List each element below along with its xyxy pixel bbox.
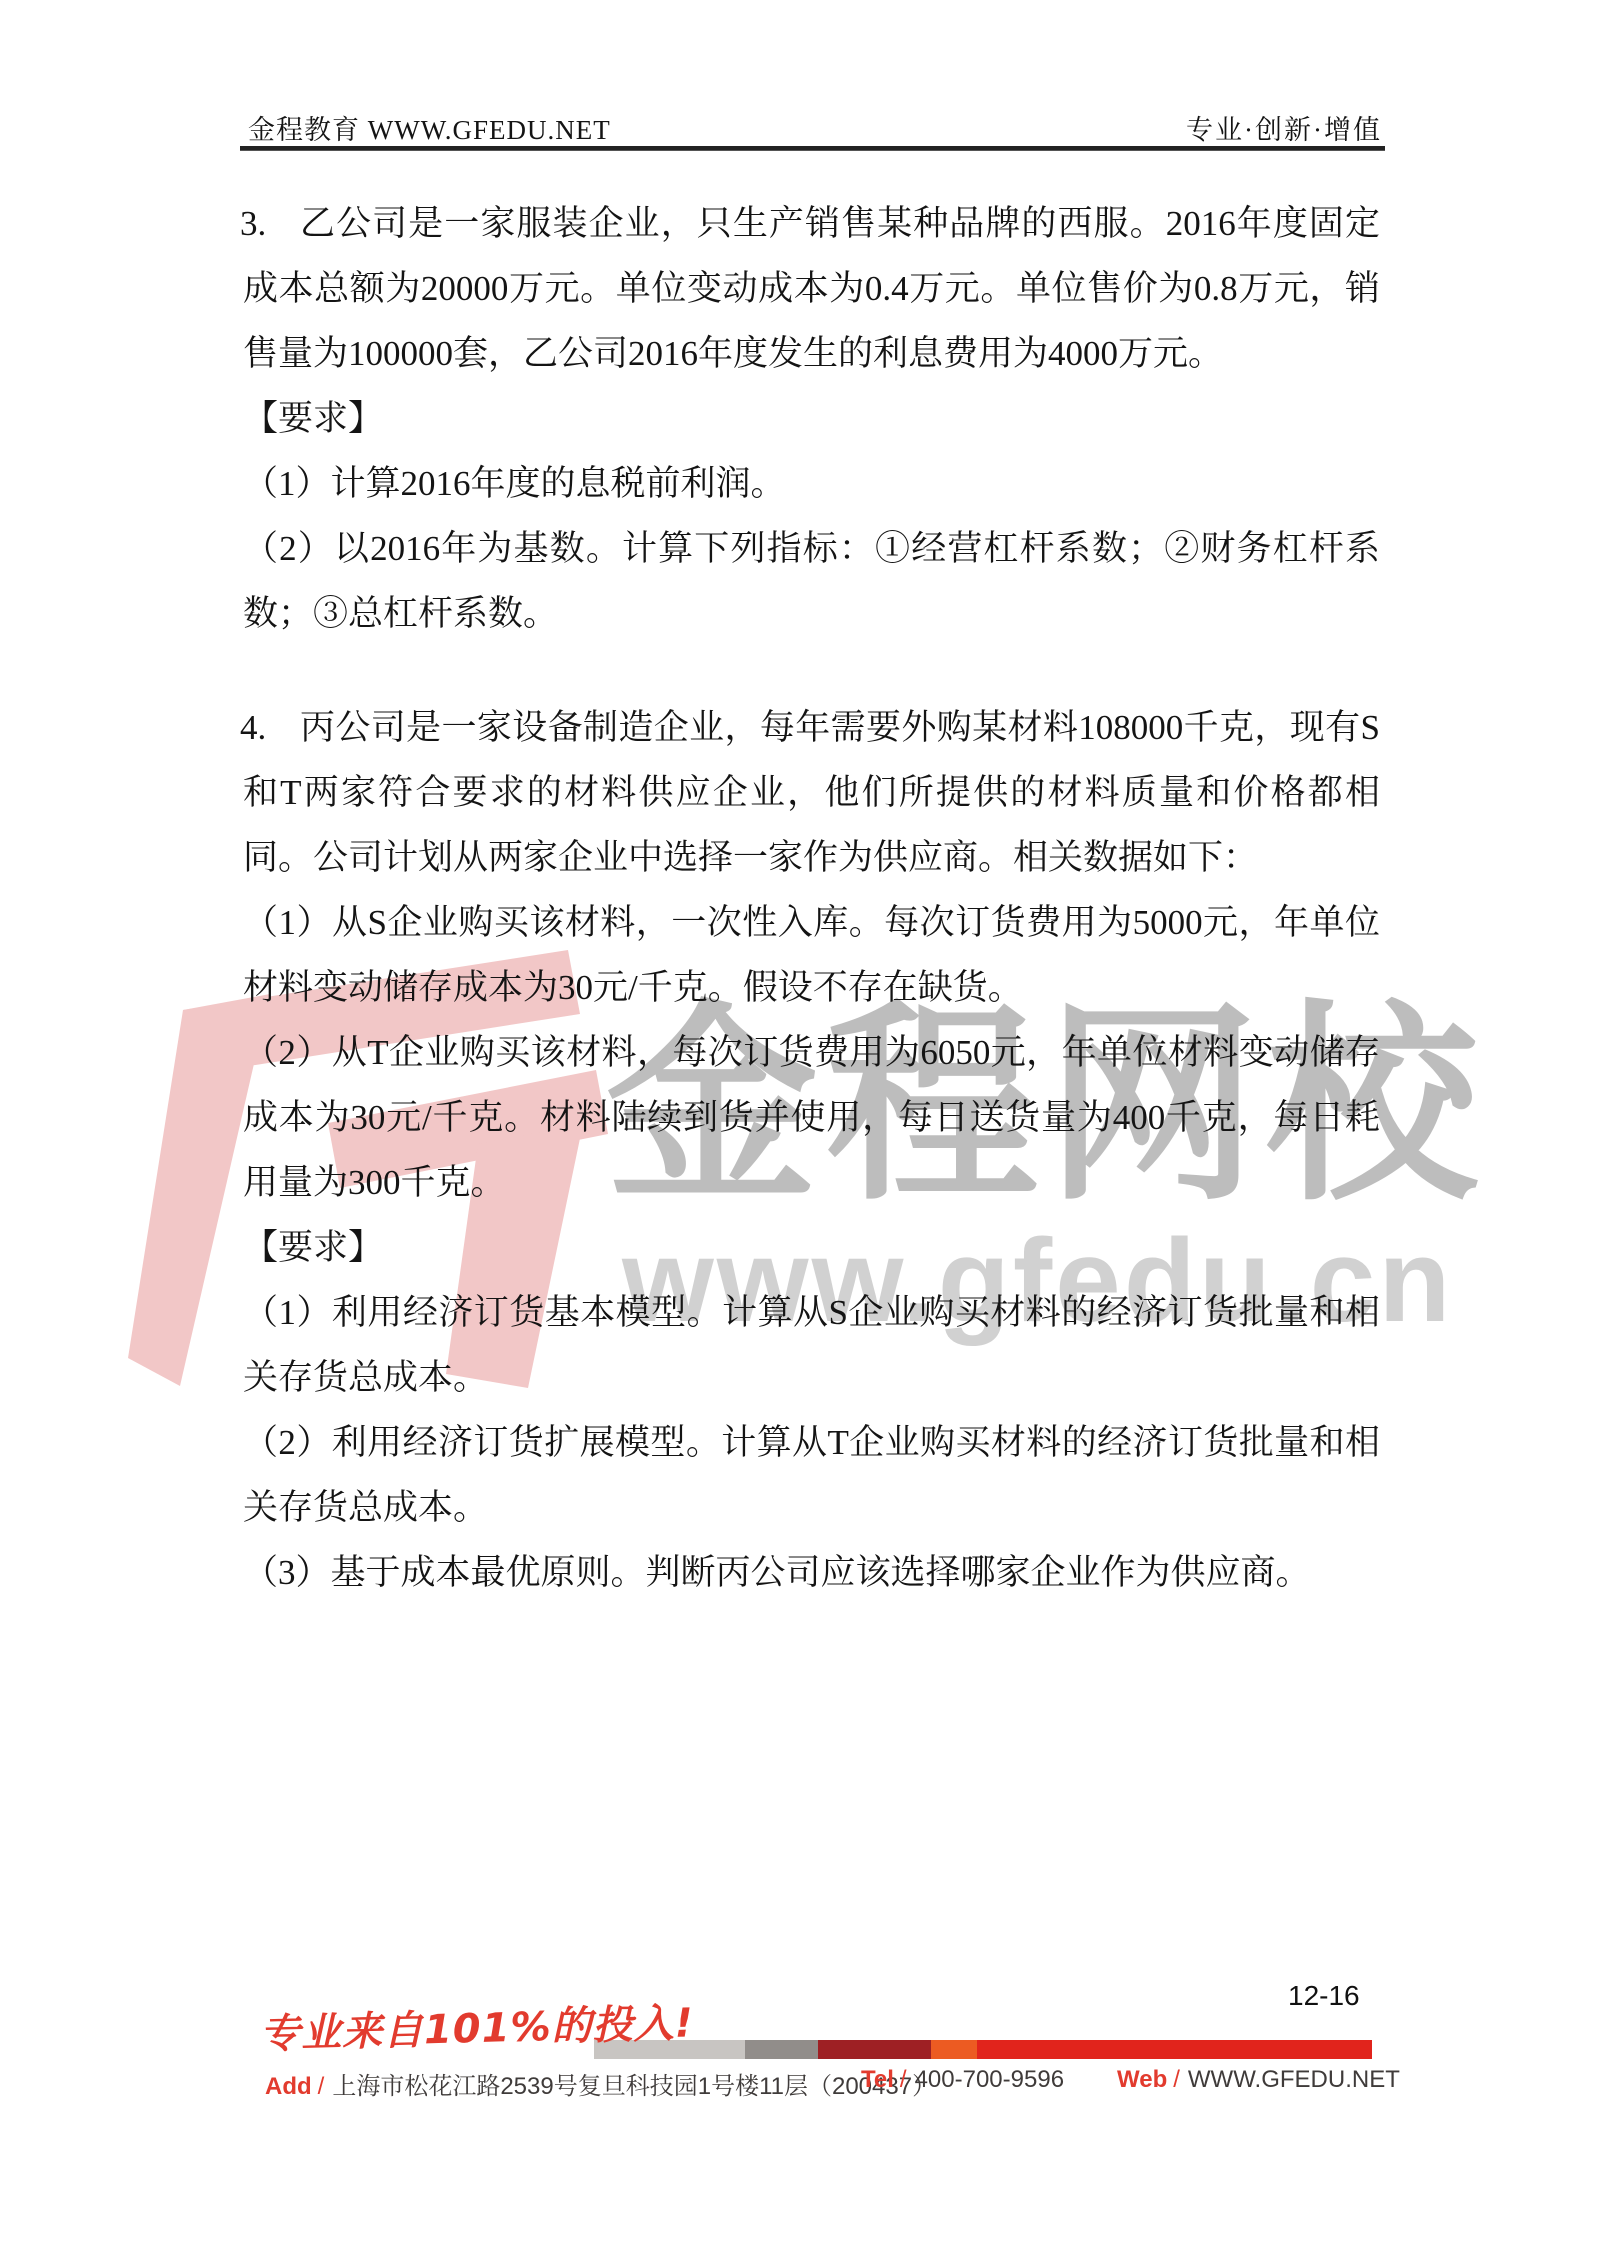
requirement-line: （2）利用经济订货扩展模型。计算从T企业购买材料的经济订货批量和相关存货总成本。 (243, 1410, 1380, 1540)
address-value: 上海市松花江路2539号复旦科技园1号楼11层（200437） (332, 2073, 936, 2100)
document-page: 金程教育 WWW.GFEDU.NET 专业·创新·增值 金程网校 www.gfe… (0, 0, 1600, 2263)
web-value: WWW.GFEDU.NET (1188, 2066, 1400, 2093)
footer-bar-segment (745, 2040, 818, 2059)
page-number: 12-16 (1288, 1980, 1368, 2012)
slash-separator: / (900, 2066, 907, 2093)
web-label: Web (1117, 2066, 1167, 2093)
requirement-line: （1）利用经济订货基本模型。计算从S企业购买材料的经济订货批量和相关存货总成本。 (243, 1280, 1380, 1410)
requirement-line: （3）基于成本最优原则。判断丙公司应该选择哪家企业作为供应商。 (243, 1540, 1380, 1605)
problem-4-number: 4. (240, 695, 266, 760)
slash-separator: / (1173, 2066, 1180, 2093)
header-slogan: 专业·创新·增值 (1186, 108, 1382, 147)
condition-line: （2）从T企业购买该材料，每次订货费用为6050元，年单位材料变动储存成本为30… (243, 1020, 1380, 1215)
condition-line: （1）从S企业购买该材料，一次性入库。每次订货费用为5000元，年单位材料变动储… (243, 890, 1380, 1020)
footer-tel: Tel/400-700-9596 (861, 2066, 1064, 2094)
tel-label: Tel (861, 2066, 894, 2093)
footer-web: Web/WWW.GFEDU.NET (1117, 2066, 1400, 2094)
footer-address: Add/上海市松花江路2539号复旦科技园1号楼11层（200437） (265, 2066, 936, 2101)
problem-3-number: 3. (240, 191, 266, 256)
footer-bar-segment (931, 2040, 977, 2059)
problem-4-text: 丙公司是一家设备制造企业，每年需要外购某材料108000千克，现有S和T两家符合… (243, 708, 1380, 877)
problem-4: 4. 丙公司是一家设备制造企业，每年需要外购某材料108000千克，现有S和T两… (243, 695, 1380, 890)
footer-bar-segment (818, 2040, 931, 2059)
header-rule (240, 146, 1385, 151)
header-brand: 金程教育 WWW.GFEDU.NET (248, 108, 611, 147)
slash-separator: / (318, 2073, 325, 2100)
requirement-line: （2）以2016年为基数。计算下列指标：①经营杠杆系数；②财务杠杆系数；③总杠杆… (243, 516, 1380, 646)
requirement-line: （1）计算2016年度的息税前利润。 (243, 451, 1380, 516)
address-label: Add (265, 2073, 312, 2100)
problem-3: 3. 乙公司是一家服装企业，只生产销售某种品牌的西服。2016年度固定成本总额为… (243, 191, 1380, 386)
problem-text-block: 3. 乙公司是一家服装企业，只生产销售某种品牌的西服。2016年度固定成本总额为… (243, 191, 1380, 1605)
tel-value: 400-700-9596 (915, 2066, 1064, 2093)
requirement-heading: 【要求】 (243, 386, 1380, 451)
requirement-heading: 【要求】 (243, 1215, 1380, 1280)
problem-3-text: 乙公司是一家服装企业，只生产销售某种品牌的西服。2016年度固定成本总额为200… (243, 204, 1380, 373)
footer-bar-segment (977, 2040, 1372, 2059)
